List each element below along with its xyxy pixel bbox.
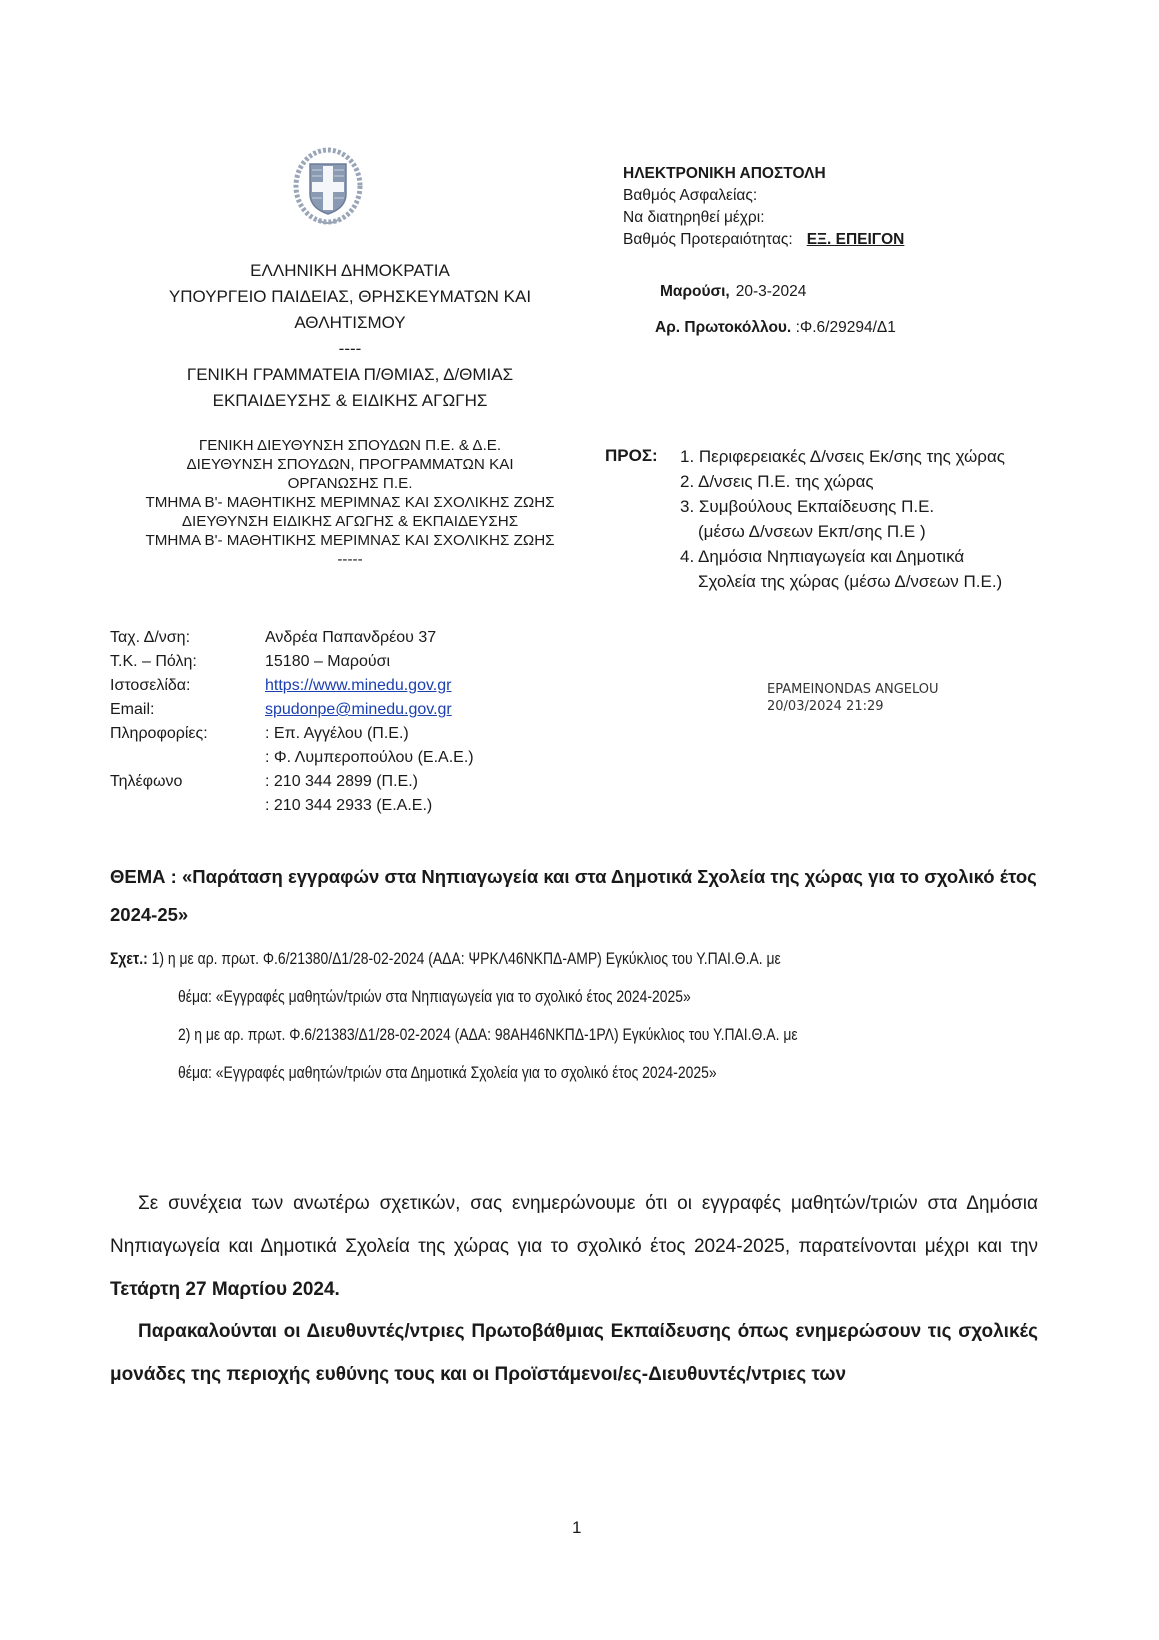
header-line: ----- xyxy=(110,550,590,569)
header-line: ΕΛΛΗΝΙΚΗ ΔΗΜΟΚΡΑΤΙΑ xyxy=(110,258,590,284)
delivery-method: ΗΛΕΚΤΡΟΝΙΚΗ ΑΠΟΣΤΟΛΗ xyxy=(623,163,904,185)
priority-value: ΕΞ. ΕΠΕΙΓΟΝ xyxy=(807,231,905,248)
contact-label xyxy=(110,746,265,770)
digital-signature: EPAMEINONDAS ANGELOU 20/03/2024 21:29 xyxy=(767,681,939,715)
place: Μαρούσι, xyxy=(660,283,730,300)
date: 20-3-2024 xyxy=(736,283,807,300)
contact-row-phone: Τηλέφωνο : 210 344 2899 (Π.Ε.) xyxy=(110,770,474,794)
protocol-label: Αρ. Πρωτοκόλλου. xyxy=(655,319,791,336)
reference-line: θέμα: «Εγγραφές μαθητών/τριών στα Νηπιαγ… xyxy=(110,978,1070,1016)
contact-value: 15180 – Μαρούσι xyxy=(265,650,390,674)
contact-label: Ιστοσελίδα: xyxy=(110,674,265,698)
reference-line: θέμα: «Εγγραφές μαθητών/τριών στα Δημοτι… xyxy=(110,1054,1070,1092)
issuer-header: ΕΛΛΗΝΙΚΗ ΔΗΜΟΚΡΑΤΙΑ ΥΠΟΥΡΓΕΙΟ ΠΑΙΔΕΙΑΣ, … xyxy=(110,258,590,414)
reference-line: Σχετ.: 1) η με αρ. πρωτ. Φ.6/21380/Δ1/28… xyxy=(110,940,1070,978)
contact-label: Email: xyxy=(110,698,265,722)
department-header: ΓΕΝΙΚΗ ΔΙΕΥΘΥΝΣΗ ΣΠΟΥΔΩΝ Π.Ε. & Δ.Ε. ΔΙΕ… xyxy=(110,436,590,569)
protocol-value: :Φ.6/29294/Δ1 xyxy=(796,319,896,336)
security-level-label: Βαθμός Ασφαλείας: xyxy=(623,185,904,207)
recipient-item-cont: (μέσω Δ/νσεων Εκπ/σης Π.Ε ) xyxy=(680,519,1005,544)
contact-value: Ανδρέα Παπανδρέου 37 xyxy=(265,626,436,650)
contact-row-info: Πληροφορίες: : Επ. Αγγέλου (Π.Ε.) xyxy=(110,722,474,746)
email-link[interactable]: spudonpe@minedu.gov.gr xyxy=(265,698,452,722)
contact-block: Ταχ. Δ/νση: Ανδρέα Παπανδρέου 37 Τ.Κ. – … xyxy=(110,626,474,818)
paragraph-text: Σε συνέχεια των ανωτέρω σχετικών, σας εν… xyxy=(110,1193,1038,1257)
contact-value: : Φ. Λυμπεροπούλου (Ε.Α.Ε.) xyxy=(265,746,474,770)
subject-line: ΘΕΜΑ : «Παράταση εγγραφών στα Νηπιαγωγεί… xyxy=(110,858,1070,934)
header-line: ΤΜΗΜΑ Β'- ΜΑΘΗΤΙΚΗΣ ΜΕΡΙΜΝΑΣ ΚΑΙ ΣΧΟΛΙΚΗ… xyxy=(110,493,590,512)
website-link[interactable]: https://www.minedu.gov.gr xyxy=(265,674,451,698)
contact-row-website: Ιστοσελίδα: https://www.minedu.gov.gr xyxy=(110,674,474,698)
recipient-item: 4. Δημόσια Νηπιαγωγεία και Δημοτικά xyxy=(680,544,1005,569)
protocol-number: Αρ. Πρωτοκόλλου. :Φ.6/29294/Δ1 xyxy=(655,319,896,337)
reference-line: 2) η με αρ. πρωτ. Φ.6/21383/Δ1/28-02-202… xyxy=(110,1016,1070,1054)
contact-label xyxy=(110,794,265,818)
header-line: ΔΙΕΥΘΥΝΣΗ ΣΠΟΥΔΩΝ, ΠΡΟΓΡΑΜΜΑΤΩΝ ΚΑΙ xyxy=(110,455,590,474)
header-line: ---- xyxy=(110,336,590,362)
signer-name: EPAMEINONDAS ANGELOU xyxy=(767,681,939,698)
document-meta: ΗΛΕΚΤΡΟΝΙΚΗ ΑΠΟΣΤΟΛΗ Βαθμός Ασφαλείας: Ν… xyxy=(623,163,904,251)
header-line: ΔΙΕΥΘΥΝΣΗ ΕΙΔΙΚΗΣ ΑΓΩΓΗΣ & ΕΚΠΑΙΔΕΥΣΗΣ xyxy=(110,512,590,531)
contact-value: : 210 344 2933 (Ε.Α.Ε.) xyxy=(265,794,432,818)
priority-row: Βαθμός Προτεραιότητας:ΕΞ. ΕΠΕΙΓΟΝ xyxy=(623,229,904,251)
contact-row-info-2: : Φ. Λυμπεροπούλου (Ε.Α.Ε.) xyxy=(110,746,474,770)
header-line: ΟΡΓΑΝΩΣΗΣ Π.Ε. xyxy=(110,474,590,493)
header-line: ΥΠΟΥΡΓΕΙΟ ΠΑΙΔΕΙΑΣ, ΘΡΗΣΚΕΥΜΑΤΩΝ ΚΑΙ xyxy=(110,284,590,310)
recipient-item: 3. Συμβούλους Εκπαίδευσης Π.Ε. xyxy=(680,494,1005,519)
header-line: ΓΕΝΙΚΗ ΓΡΑΜΜΑΤΕΙΑ Π/ΘΜΙΑΣ, Δ/ΘΜΙΑΣ xyxy=(110,362,590,388)
recipients-list: 1. Περιφερειακές Δ/νσεις Εκ/σης της χώρα… xyxy=(680,444,1005,594)
paragraph-text: Παρακαλούνται οι Διευθυντές/ντριες Πρωτο… xyxy=(110,1310,1038,1396)
header-line: ΑΘΛΗΤΙΣΜΟΥ xyxy=(110,310,590,336)
place-date: Μαρούσι,20-3-2024 xyxy=(660,283,806,301)
header-line: ΕΚΠΑΙΔΕΥΣΗΣ & ΕΙΔΙΚΗΣ ΑΓΩΓΗΣ xyxy=(110,388,590,414)
signature-timestamp: 20/03/2024 21:29 xyxy=(767,698,939,715)
contact-value: : Επ. Αγγέλου (Π.Ε.) xyxy=(265,722,409,746)
coat-of-arms-icon xyxy=(292,146,364,228)
priority-label: Βαθμός Προτεραιότητας: xyxy=(623,231,793,248)
contact-row-phone-2: : 210 344 2933 (Ε.Α.Ε.) xyxy=(110,794,474,818)
contact-row-postcode: Τ.Κ. – Πόλη: 15180 – Μαρούσι xyxy=(110,650,474,674)
page-number: 1 xyxy=(572,1518,581,1538)
recipient-item: 2. Δ/νσεις Π.Ε. της χώρας xyxy=(680,469,1005,494)
header-line: ΤΜΗΜΑ Β'- ΜΑΘΗΤΙΚΗΣ ΜΕΡΙΜΝΑΣ ΚΑΙ ΣΧΟΛΙΚΗ… xyxy=(110,531,590,550)
contact-row-email: Email: spudonpe@minedu.gov.gr xyxy=(110,698,474,722)
contact-label: Τ.Κ. – Πόλη: xyxy=(110,650,265,674)
contact-value: : 210 344 2899 (Π.Ε.) xyxy=(265,770,418,794)
contact-row-address: Ταχ. Δ/νση: Ανδρέα Παπανδρέου 37 xyxy=(110,626,474,650)
body-paragraph-instruction: Παρακαλούνται οι Διευθυντές/ντριες Πρωτο… xyxy=(110,1310,1038,1396)
contact-label: Ταχ. Δ/νση: xyxy=(110,626,265,650)
references-label: Σχετ.: xyxy=(110,949,148,968)
deadline-date: Τετάρτη 27 Μαρτίου 2024. xyxy=(110,1279,340,1300)
retain-until-label: Να διατηρηθεί μέχρι: xyxy=(623,207,904,229)
contact-label: Πληροφορίες: xyxy=(110,722,265,746)
contact-label: Τηλέφωνο xyxy=(110,770,265,794)
body-paragraph: Σε συνέχεια των ανωτέρω σχετικών, σας εν… xyxy=(110,1182,1038,1311)
recipient-item-cont: Σχολεία της χώρας (μέσω Δ/νσεων Π.Ε.) xyxy=(680,569,1005,594)
header-line: ΓΕΝΙΚΗ ΔΙΕΥΘΥΝΣΗ ΣΠΟΥΔΩΝ Π.Ε. & Δ.Ε. xyxy=(110,436,590,455)
recipient-item: 1. Περιφερειακές Δ/νσεις Εκ/σης της χώρα… xyxy=(680,444,1005,469)
recipients-label: ΠΡΟΣ: xyxy=(605,446,658,466)
references: Σχετ.: 1) η με αρ. πρωτ. Φ.6/21380/Δ1/28… xyxy=(110,940,1070,1092)
